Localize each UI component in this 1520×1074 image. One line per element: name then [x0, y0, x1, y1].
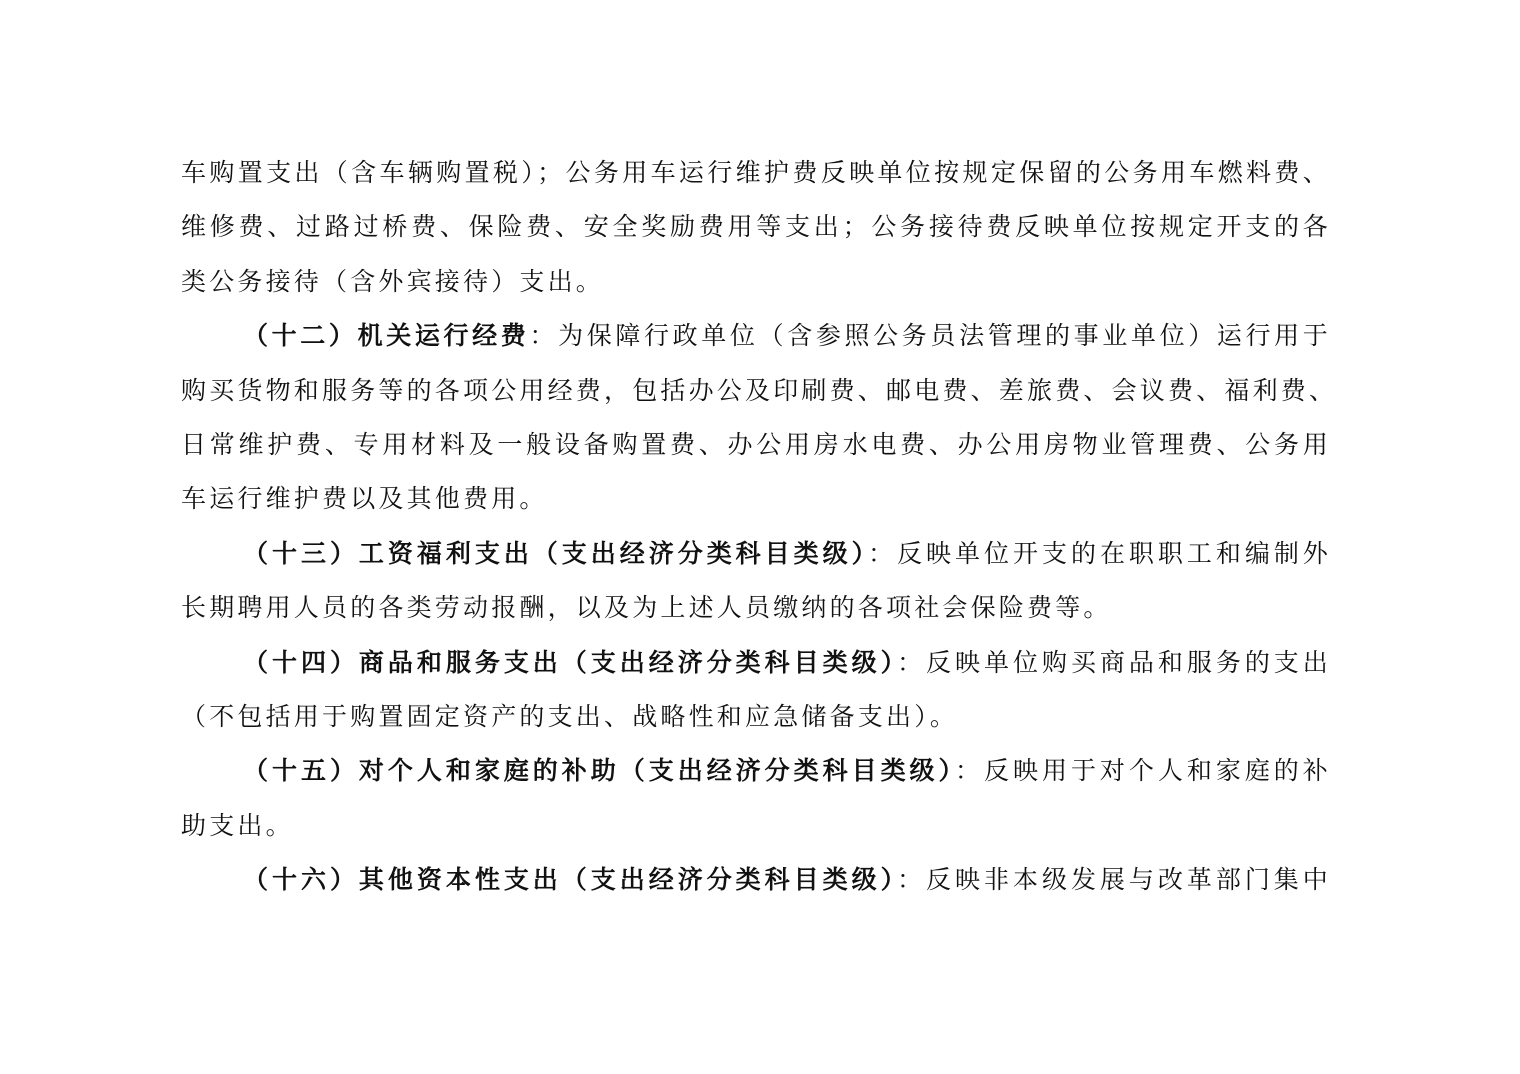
line-text: ：反映用于对个人和家庭的补	[955, 756, 1331, 785]
line-text: 维修费、过路过桥费、保险费、安全奖励费用等支出；公务接待费反映单位按规定开支的各	[181, 212, 1331, 241]
section-heading-line-16: （十六）其他资本性支出（支出经济分类科目类级）：反映非本级发展与改革部门集中	[181, 853, 1331, 907]
document-page: 车购置支出（含车辆购置税）；公务用车运行维护费反映单位按规定保留的公务用车燃料费…	[0, 0, 1520, 1074]
line-text: ：反映非本级发展与改革部门集中	[897, 865, 1331, 894]
line-text: 日常维护费、专用材料及一般设备购置费、办公用房水电费、办公用房物业管理费、公务用	[181, 430, 1331, 459]
section-heading-line-12: （十二）机关运行经费：为保障行政单位（含参照公务员法管理的事业单位）运行用于	[181, 309, 1331, 363]
paragraph-line: 日常维护费、专用材料及一般设备购置费、办公用房水电费、办公用房物业管理费、公务用	[181, 418, 1331, 472]
document-body: 车购置支出（含车辆购置税）；公务用车运行维护费反映单位按规定保留的公务用车燃料费…	[181, 146, 1331, 907]
line-text: 助支出。	[181, 811, 294, 840]
paragraph-line: 车运行维护费以及其他费用。	[181, 472, 1331, 526]
line-text: ：反映单位开支的在职职工和编制外	[868, 539, 1331, 568]
line-text: 车购置支出（含车辆购置税）；公务用车运行维护费反映单位按规定保留的公务用车燃料费…	[181, 158, 1331, 187]
line-text: 购买货物和服务等的各项公用经费，包括办公及印刷费、邮电费、差旅费、会议费、福利费…	[181, 376, 1337, 405]
section-heading: （十四）商品和服务支出（支出经济分类科目类级）	[243, 648, 897, 677]
section-heading-line-13: （十三）工资福利支出（支出经济分类科目类级）：反映单位开支的在职职工和编制外	[181, 527, 1331, 581]
line-text: 类公务接待（含外宾接待）支出。	[181, 267, 604, 296]
line-text: ：反映单位购买商品和服务的支出	[897, 648, 1331, 677]
paragraph-line: 购买货物和服务等的各项公用经费，包括办公及印刷费、邮电费、差旅费、会议费、福利费…	[181, 364, 1331, 418]
section-heading: （十六）其他资本性支出（支出经济分类科目类级）	[243, 865, 897, 894]
paragraph-line: 助支出。	[181, 799, 1331, 853]
line-text: 车运行维护费以及其他费用。	[181, 484, 548, 513]
paragraph-line: 维修费、过路过桥费、保险费、安全奖励费用等支出；公务接待费反映单位按规定开支的各	[181, 200, 1331, 254]
section-heading: （十二）机关运行经费	[243, 321, 529, 350]
line-text: ：为保障行政单位（含参照公务员法管理的事业单位）运行用于	[529, 321, 1331, 350]
section-heading: （十三）工资福利支出（支出经济分类科目类级）	[243, 539, 868, 568]
paragraph-line: 车购置支出（含车辆购置税）；公务用车运行维护费反映单位按规定保留的公务用车燃料费…	[181, 146, 1331, 200]
section-heading: （十五）对个人和家庭的补助（支出经济分类科目类级）	[243, 756, 955, 785]
paragraph-line: 类公务接待（含外宾接待）支出。	[181, 255, 1331, 309]
paragraph-line: （不包括用于购置固定资产的支出、战略性和应急储备支出）。	[181, 690, 1331, 744]
paragraph-line: 长期聘用人员的各类劳动报酬，以及为上述人员缴纳的各项社会保险费等。	[181, 581, 1331, 635]
line-text: （不包括用于购置固定资产的支出、战略性和应急储备支出）。	[181, 702, 958, 731]
section-heading-line-14: （十四）商品和服务支出（支出经济分类科目类级）：反映单位购买商品和服务的支出	[181, 636, 1331, 690]
line-text: 长期聘用人员的各类劳动报酬，以及为上述人员缴纳的各项社会保险费等。	[181, 593, 1112, 622]
section-heading-line-15: （十五）对个人和家庭的补助（支出经济分类科目类级）：反映用于对个人和家庭的补	[181, 744, 1331, 798]
